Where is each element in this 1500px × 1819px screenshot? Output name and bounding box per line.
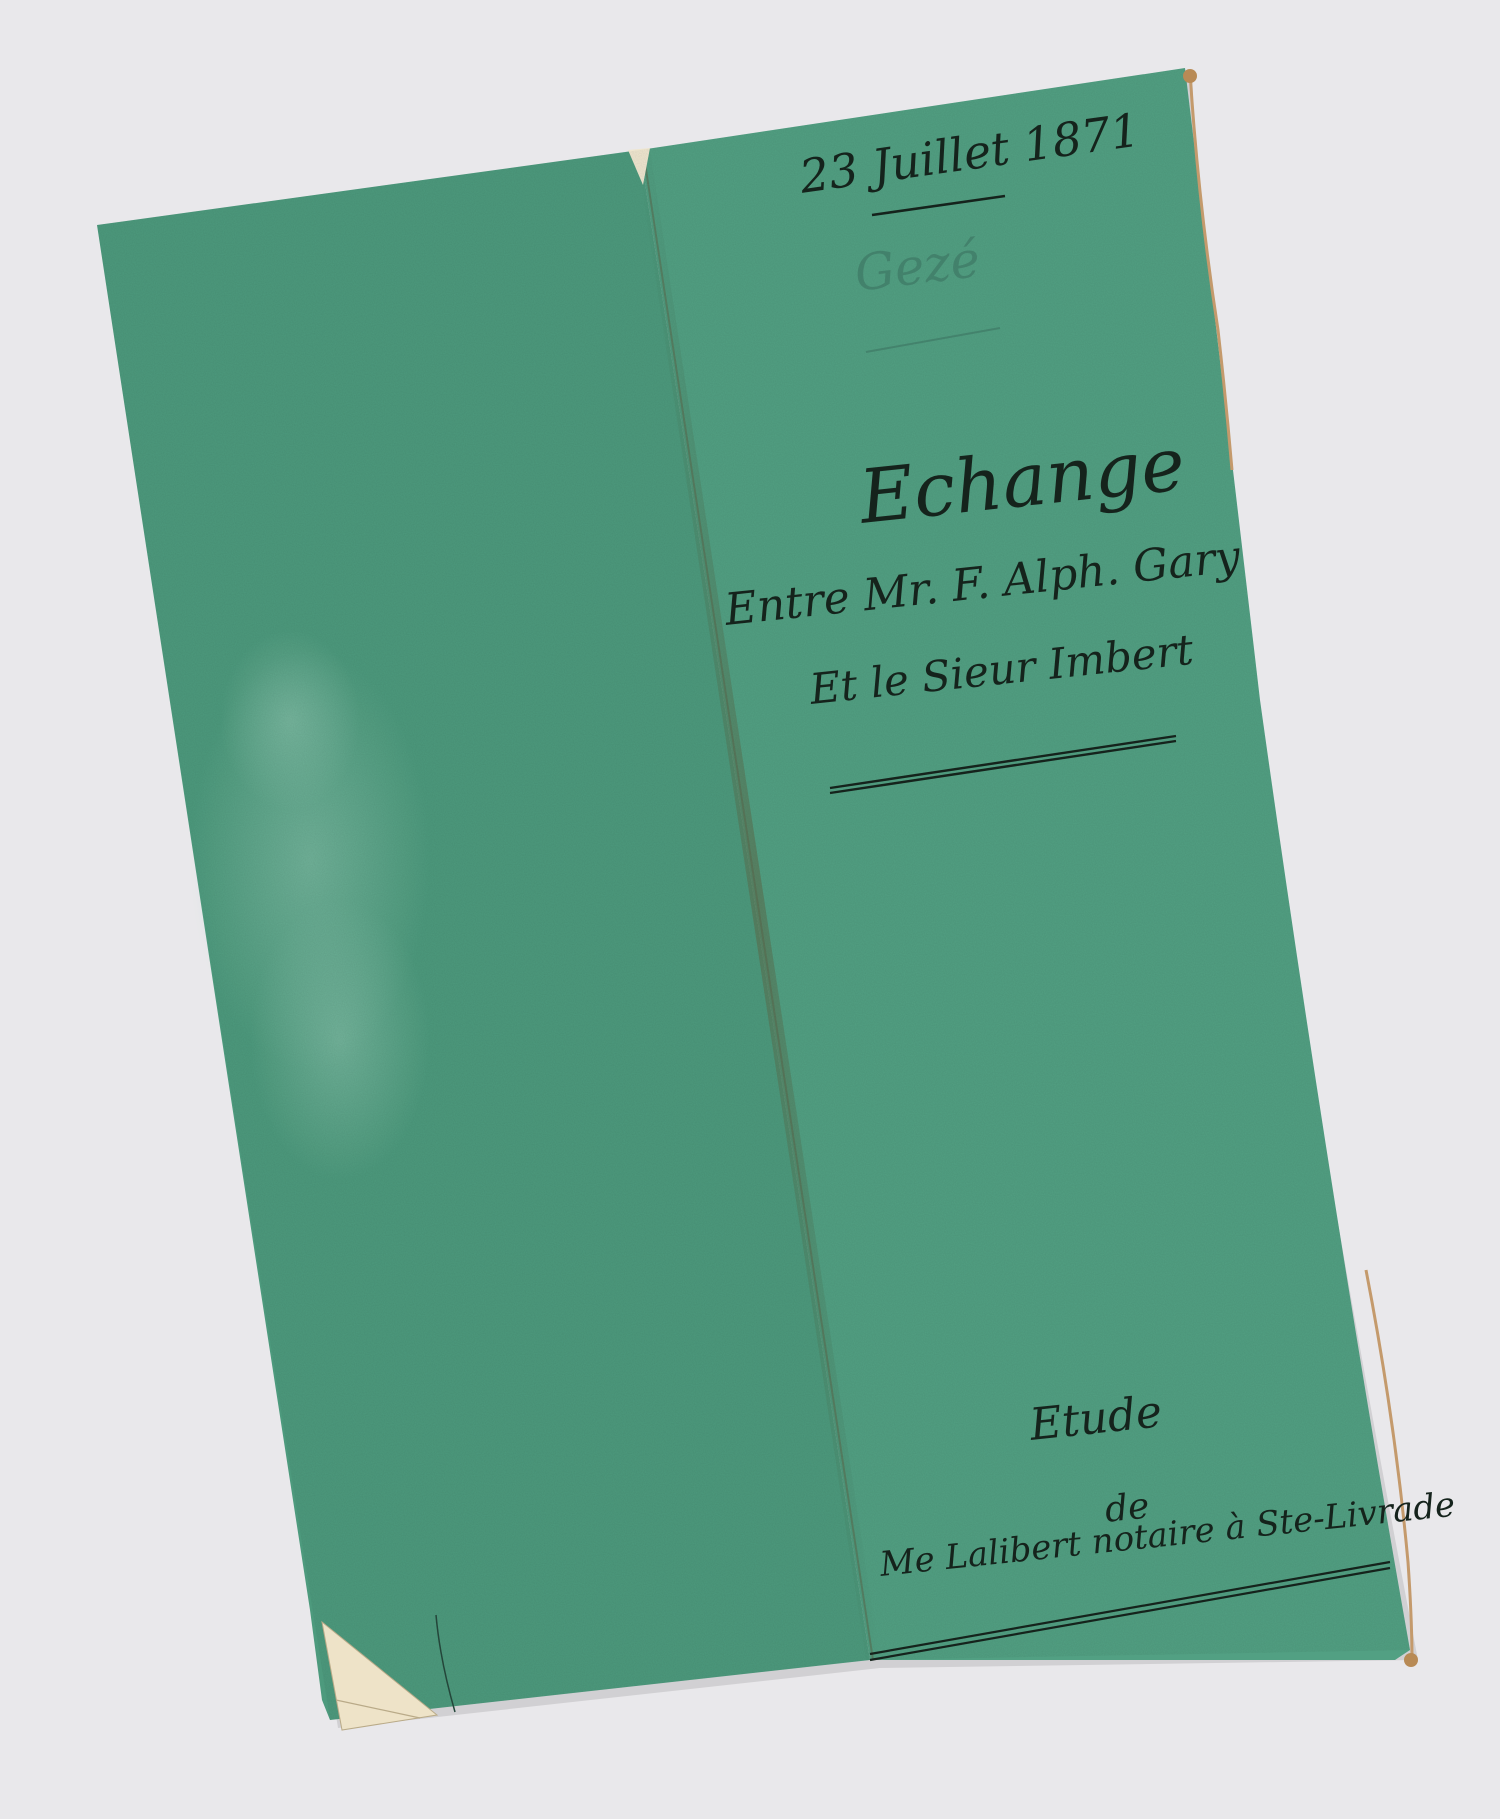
photo-scene: 23 Juillet 1871 Gezé Echange Entre Mr. F… <box>0 0 1500 1819</box>
